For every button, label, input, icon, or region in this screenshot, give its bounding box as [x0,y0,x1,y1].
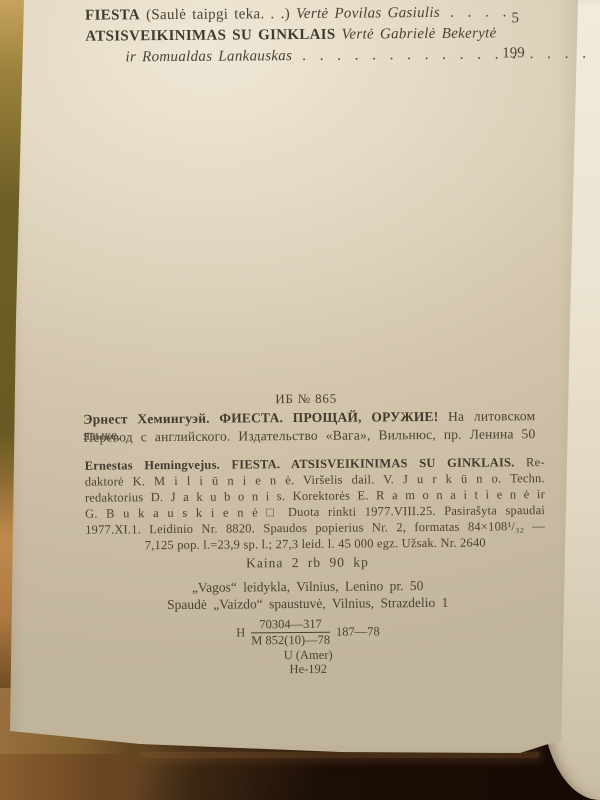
imprint-line-1-rest: Re- [526,455,545,469]
toc-entry-ginklais: ATSISVEIKINIMAS SU GINKLAIS Vertė Gabrie… [85,25,496,45]
toc-title-fiesta: FIESTA [85,7,140,23]
toc-subtitle-fiesta: (Saulė taipgi teka. . .) [146,6,290,23]
page-content: FIESTA (Saulė taipgi teka. . .) Vertė Po… [0,0,600,800]
toc-title-ginklais: ATSISVEIKINIMAS SU GINKLAIS [85,27,335,45]
catalog-fraction: 70304—317 М 852(10)—78 [251,618,330,648]
catalog-denominator: М 852(10)—78 [251,632,330,648]
toc-page-number-fiesta: 5 [495,10,535,27]
imprint-line-6: 7,125 pop. l.=23,9 sp. l.; 27,3 leid. l.… [85,535,545,555]
catalog-letter: Н [236,625,245,640]
catalog-numerator: 70304—317 [251,618,330,633]
toc-translator-fiesta: Vertė Povilas Gasiulis [296,5,440,22]
toc-leader-dots-2: . . . . . . . . . . . . . . . . . [302,46,590,64]
ib-number: ИБ № 865 [80,389,532,409]
book-photo: FIESTA (Saulė taipgi teka. . .) Vertė Po… [0,0,600,800]
lithuanian-imprint-block: Ernestas Hemingvejus. FIESTA. ATSISVEIKI… [85,455,546,554]
catalog-index: Н 70304—317 М 852(10)—78 187—78 [82,616,534,649]
toc-page-number-ginklais: 199 [491,45,535,62]
toc-translator-ginklais: Vertė Gabrielė Bekerytė [342,25,497,42]
printer-line: Spaudė „Vaizdo“ spaustuvė, Vilnius, Stra… [82,594,534,614]
toc-translator-continuation: ir Romualdas Lankauskas [125,48,292,65]
russian-imprint-line-2: Перевод с английского. Издательство «Ваг… [83,426,535,446]
toc-entry-fiesta: FIESTA (Saulė taipgi teka. . .) Vertė Po… [85,4,510,24]
russian-title: Эрнест Хемингуэй. ФИЕСТА. ПРОЩАЙ, ОРУЖИЕ… [83,409,438,427]
lithuanian-title: Ernestas Hemingvejus. FIESTA. ATSISVEIKI… [85,455,515,472]
price-line: Kaina 2 rb 90 kp [81,553,533,573]
catalog-suffix: 187—78 [336,624,380,639]
author-cipher: He-192 [82,660,534,679]
